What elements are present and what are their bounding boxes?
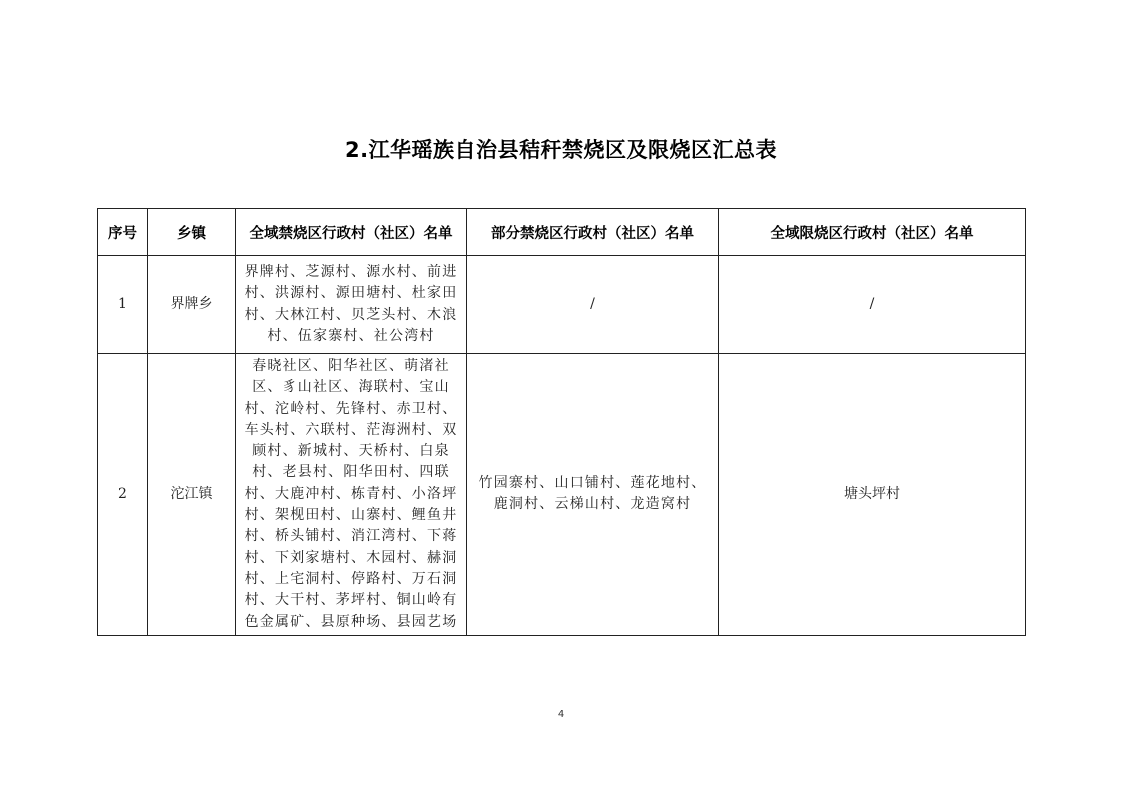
header-township: 乡镇 xyxy=(148,209,236,256)
row-index: 1 xyxy=(98,256,148,354)
header-full-limit: 全域限烧区行政村（社区）名单 xyxy=(719,209,1026,256)
page-number: 4 xyxy=(0,709,1122,720)
row-full-ban-list: 界牌村、芝源村、源水村、前进村、洪源村、源田塘村、杜家田村、大林江村、贝芝头村、… xyxy=(236,256,467,354)
table-row: 2 沱江镇 春晓社区、阳华社区、萌渚社区、豸山社区、海联村、宝山村、沱岭村、先锋… xyxy=(98,354,1026,636)
row-index: 2 xyxy=(98,354,148,636)
row-partial-ban-list: / xyxy=(467,256,719,354)
row-township: 界牌乡 xyxy=(148,256,236,354)
summary-table: 序号 乡镇 全域禁烧区行政村（社区）名单 部分禁烧区行政村（社区）名单 全域限烧… xyxy=(97,208,1026,636)
row-full-limit-list: 塘头坪村 xyxy=(719,354,1026,636)
header-partial-ban: 部分禁烧区行政村（社区）名单 xyxy=(467,209,719,256)
row-full-limit-list: / xyxy=(719,256,1026,354)
table-row: 1 界牌乡 界牌村、芝源村、源水村、前进村、洪源村、源田塘村、杜家田村、大林江村… xyxy=(98,256,1026,354)
document-title: 2.江华瑶族自治县秸秆禁烧区及限烧区汇总表 xyxy=(0,134,1122,164)
header-index: 序号 xyxy=(98,209,148,256)
header-full-ban: 全域禁烧区行政村（社区）名单 xyxy=(236,209,467,256)
row-township: 沱江镇 xyxy=(148,354,236,636)
row-partial-ban-list: 竹园寨村、山口铺村、莲花地村、鹿洞村、云梯山村、龙造窝村 xyxy=(467,354,719,636)
table-header-row: 序号 乡镇 全域禁烧区行政村（社区）名单 部分禁烧区行政村（社区）名单 全域限烧… xyxy=(98,209,1026,256)
row-full-ban-list: 春晓社区、阳华社区、萌渚社区、豸山社区、海联村、宝山村、沱岭村、先锋村、赤卫村、… xyxy=(236,354,467,636)
